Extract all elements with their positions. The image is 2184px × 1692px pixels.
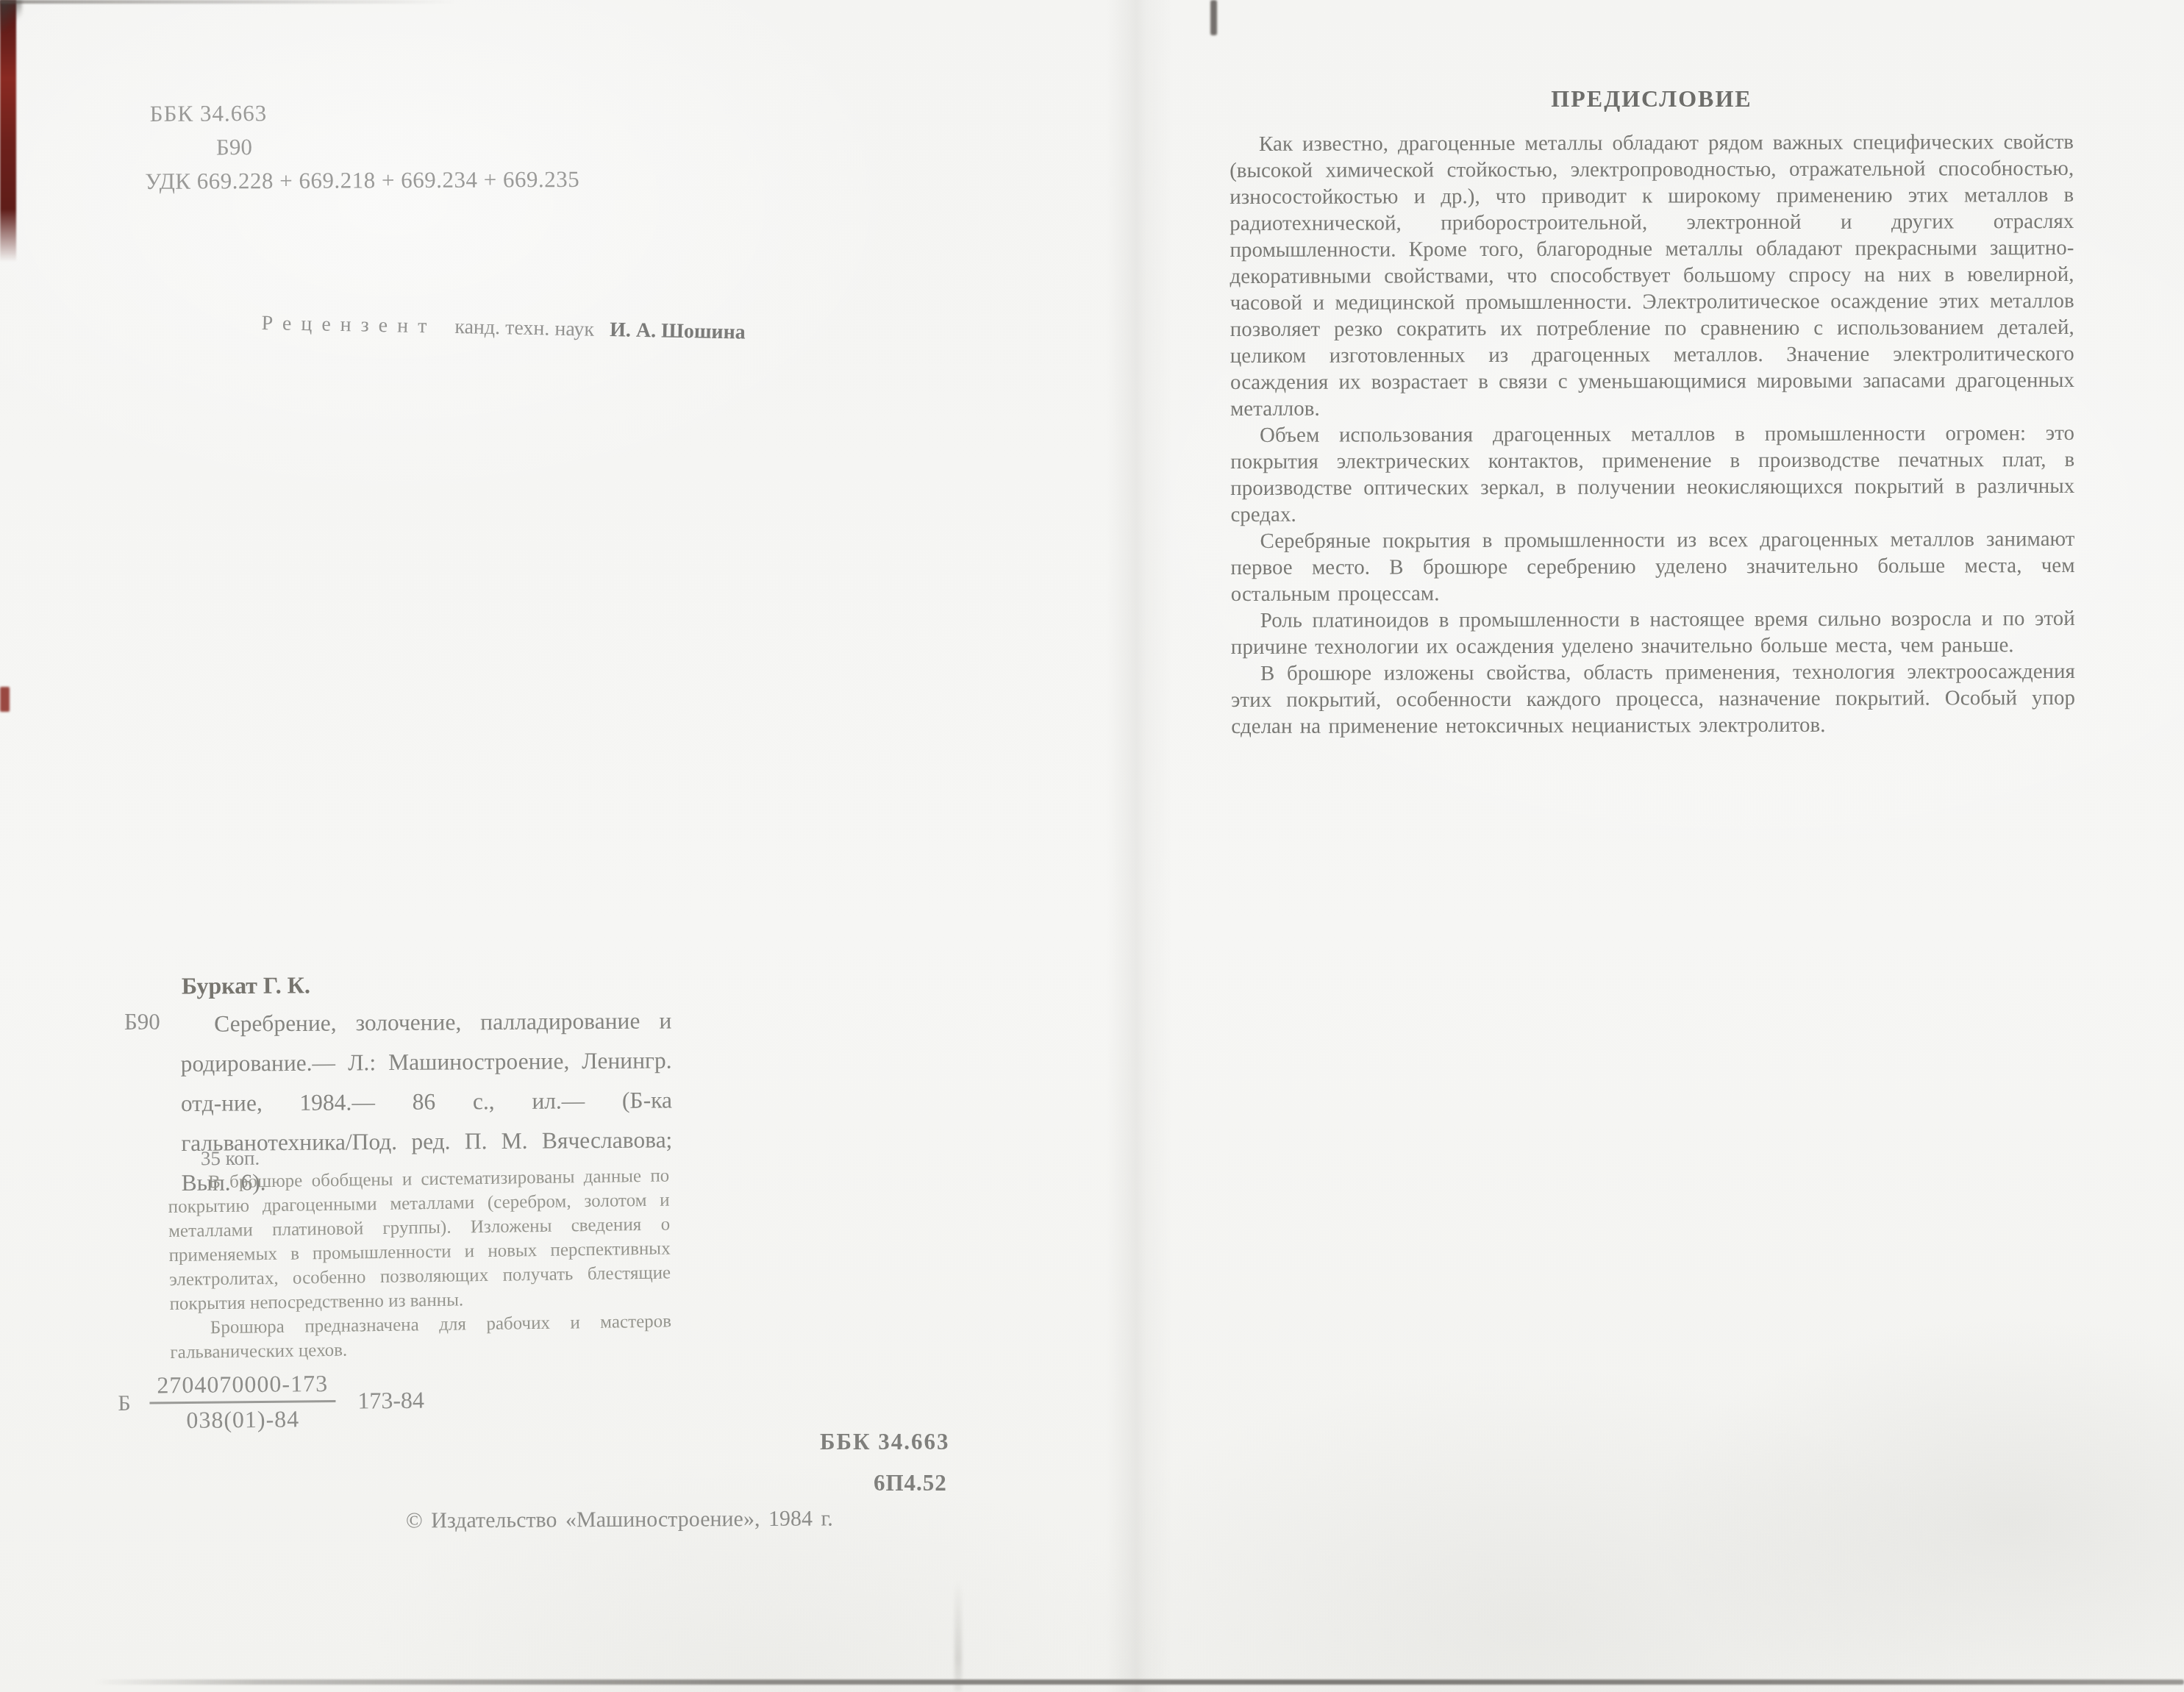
preface-paragraph-5: В брошюре изложены свойства, область при…: [1231, 658, 2075, 740]
bbk-code-top: ББК 34.663: [150, 100, 267, 127]
gutter-top-mark: [1210, 0, 1217, 35]
left-edge-red-strip: [0, 0, 16, 262]
reviewer-line: Рецензент канд. техн. наук И. А. Шошина: [261, 312, 746, 345]
bbk-code-bottom: ББК 34.663: [820, 1429, 949, 1455]
author-sign-top: Б90: [216, 134, 252, 160]
preface-paragraph-4: Роль платиноидов в промышленности в наст…: [1231, 605, 2075, 660]
series-code-bottom: 6П4.52: [874, 1470, 947, 1496]
catalog-suffix: 173-84: [357, 1387, 424, 1415]
author-sign-entry: Б90: [124, 1009, 160, 1035]
annotation-paragraph-1: В брошюре обобщены и систематизированы д…: [168, 1163, 671, 1316]
preface-paragraph-2: Объем использования драгоценных металлов…: [1230, 420, 2074, 528]
reviewer-label: Рецензент: [261, 312, 436, 338]
preface-paragraph-3: Серебряные покрытия в промышленности из …: [1230, 526, 2074, 607]
author-name: Буркат Г. К.: [182, 971, 310, 999]
udk-code: УДК 669.228 + 669.218 + 669.234 + 669.23…: [145, 166, 579, 195]
reviewer-name: И. А. Шошина: [610, 318, 746, 344]
copyright-line: © Издательство «Машиностроение», 1984 г.: [406, 1506, 833, 1533]
catalog-denominator: 038(01)-84: [186, 1402, 299, 1434]
catalog-numerator: 2704070000-173: [149, 1370, 335, 1404]
preface-title: ПРЕДИСЛОВИЕ: [1230, 85, 2074, 113]
top-left-corner-shadow: [0, 0, 22, 32]
reviewer-degree: канд. техн. наук: [454, 315, 594, 341]
catalog-prefix: Б: [118, 1391, 131, 1416]
preface-paragraph-1: Как известно, драгоценные металлы облада…: [1230, 129, 2074, 422]
top-edge-shadow: [0, 0, 456, 4]
catalog-fraction: 2704070000-173 038(01)-84: [149, 1370, 336, 1435]
annotation: В брошюре обобщены и систематизированы д…: [168, 1163, 672, 1364]
preface-body: Как известно, драгоценные металлы облада…: [1230, 129, 2075, 740]
annotation-paragraph-2: Брошюра предназначена для рабочих и маст…: [170, 1309, 672, 1365]
price: 35 коп.: [201, 1147, 260, 1171]
left-edge-red-mark: [0, 687, 10, 712]
book-spread-scan: ББК 34.663 Б90 УДК 669.228 + 669.218 + 6…: [0, 0, 2184, 1692]
page-gutter-shadow: [1107, 0, 1173, 1692]
scan-bottom-edge-line: [94, 1679, 2184, 1685]
page-curl-shadow: [954, 1581, 962, 1691]
catalog-index: Б 2704070000-173 038(01)-84 173-84: [118, 1369, 424, 1435]
